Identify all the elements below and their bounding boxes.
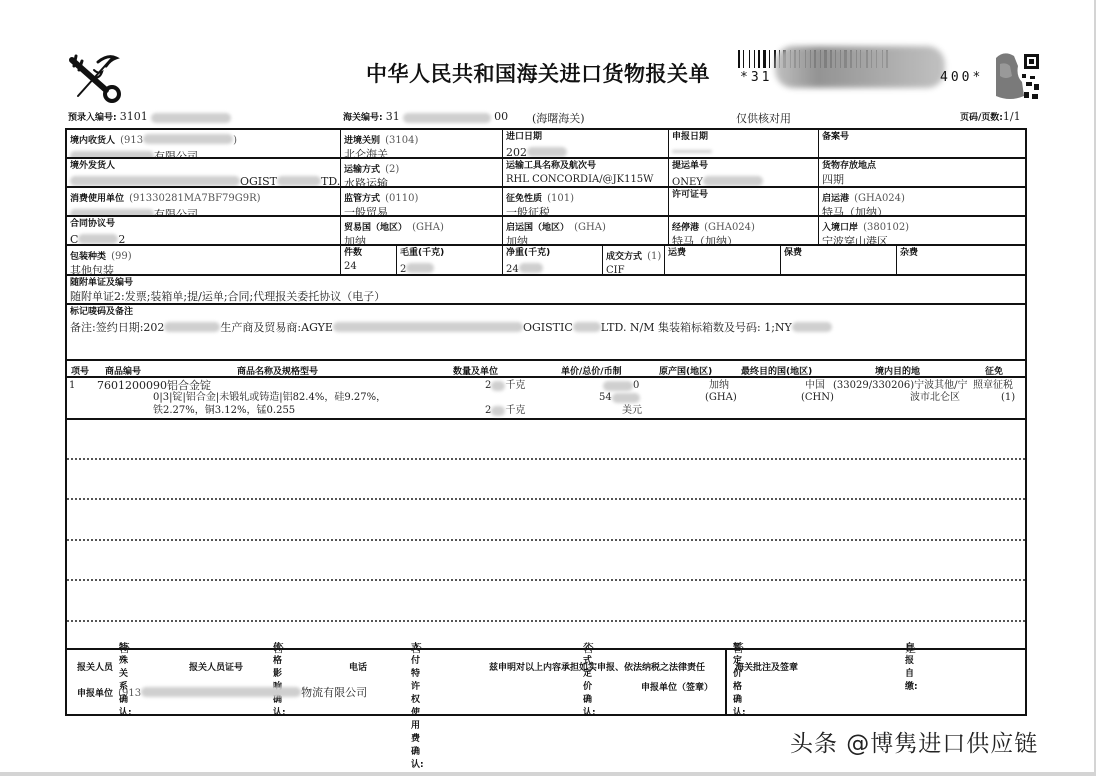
form-row-6: 随附单证及编号 随附单证2:发票;装箱单;提/运单;合同;代理报关委托协议（电子… — [67, 276, 1025, 305]
form-row-1: 境内收货人 (913) 有限公司 进境关别 (3104) 北仑海关 进口日期 2… — [67, 130, 1025, 159]
col-quantity: 数量及单位 — [453, 364, 498, 377]
declaration-form: 境内收货人 (913) 有限公司 进境关别 (3104) 北仑海关 进口日期 2… — [65, 128, 1027, 716]
verify-note: 仅供核对用 — [736, 110, 791, 126]
transaction-terms-cell: 成交方式 (1) CIF — [603, 246, 665, 274]
redaction-blur — [775, 46, 945, 88]
entry-port-cell: 入境口岸 (380102) 宁波穿山港区 — [819, 217, 1025, 244]
customs-number: 海关编号: 31 00 — [343, 110, 508, 123]
trade-country-cell: 贸易国（地区） (GHA) 加纳 — [341, 217, 503, 244]
row-divider — [67, 579, 1025, 581]
row-divider — [67, 539, 1025, 541]
footer-section: 报关人员 报关人员证号 电话 兹申明对以上内容承担如实申报、依法纳税之法律责任 … — [67, 650, 1025, 714]
bill-of-lading-cell: 提运单号 ONEY — [669, 159, 819, 186]
footer-divider — [725, 650, 727, 714]
form-row-3: 消费使用单位 (91330281MA7BF79G9R) 有限公司 监管方式 (0… — [67, 188, 1025, 217]
entry-customs-cell: 进境关别 (3104) 北仑海关 — [341, 130, 503, 157]
form-row-4: 合同协议号 C2 贸易国（地区） (GHA) 加纳 启运国（地区） (GHA) … — [67, 217, 1025, 246]
transport-mode-cell: 运输方式 (2) 水路运输 — [341, 159, 503, 186]
phone-label: 电话 — [349, 660, 367, 673]
gross-weight-cell: 毛重(千克) 2 — [397, 246, 503, 274]
document-title: 中华人民共和国海关进口货物报关单 — [366, 58, 710, 88]
license-number-cell: 许可证号 — [669, 188, 819, 215]
misc-fee-cell: 杂费 — [897, 246, 1025, 274]
col-item-no: 项号 — [71, 364, 89, 377]
qr-code-icon — [994, 52, 1042, 102]
attached-docs-cell: 随附单证及编号 随附单证2:发票;装箱单;提/运单;合同;代理报关委托协议（电子… — [67, 276, 1025, 303]
col-name-spec: 商品名称及规格型号 — [237, 364, 318, 377]
form-row-2: 境外发货人 OGISTTD. 运输方式 (2) 水路运输 运输工具名称及航次号 … — [67, 159, 1025, 188]
barcode-text-end: 400* — [940, 70, 983, 85]
declaration-statement: 兹申明对以上内容承担如实申报、依法纳税之法律责任 — [489, 660, 705, 673]
declarant-seal-label: 申报单位（签章） — [641, 680, 713, 693]
marks-remarks-cell: 标记唛码及备注 备注:签约日期:202生产商及贸易商:AGYEOGISTICLT… — [67, 305, 1025, 359]
redaction-blur — [403, 113, 491, 123]
barcode-text-start: *31 — [740, 70, 772, 85]
record-number-cell: 备案号 — [819, 130, 1025, 157]
supervision-mode-cell: 监管方式 (0110) 一般贸易 — [341, 188, 503, 215]
freight-cell: 运费 — [665, 246, 781, 274]
col-hs-code: 商品编号 — [105, 364, 141, 377]
customs-office: (海曙海关) — [532, 110, 585, 126]
net-weight-cell: 净重(千克) 24 — [503, 246, 603, 274]
empty-goods-area — [67, 420, 1025, 622]
levy-nature-cell: 征免性质 (101) 一般征税 — [503, 188, 669, 215]
import-date-cell: 进口日期 202 — [503, 130, 669, 157]
watermark: 头条 @博隽进口供应链 — [790, 725, 1038, 758]
col-dest-country: 最终目的国(地区) — [741, 364, 812, 377]
consumer-unit-cell: 消费使用单位 (91330281MA7BF79G9R) 有限公司 — [67, 188, 341, 215]
redaction-blur — [151, 113, 231, 123]
broker-id-label: 报关人员证号 — [189, 660, 243, 673]
form-row-7: 标记唛码及备注 备注:签约日期:202生产商及贸易商:AGYEOGISTICLT… — [67, 305, 1025, 361]
col-price: 单价/总价/币制 — [561, 364, 622, 377]
declarant-unit: 申报单位 (913物流有限公司 — [77, 681, 367, 700]
vessel-cell: 运输工具名称及航次号 RHL CONCORDIA/@JK115W — [503, 159, 669, 186]
form-row-5: 包装种类 (99) 其他包装 件数 24 毛重(千克) 2 净重(千克) 24 … — [67, 246, 1025, 276]
contract-number-cell: 合同协议号 C2 — [67, 217, 341, 244]
goods-table-header: 项号 商品编号 商品名称及规格型号 数量及单位 单价/总价/币制 原产国(地区)… — [67, 361, 1025, 378]
departure-port-cell: 启运港 (GHA024) 特马（加纳） — [819, 188, 1025, 215]
col-origin: 原产国(地区) — [659, 364, 712, 377]
pieces-cell: 件数 24 — [341, 246, 397, 274]
row-divider — [67, 498, 1025, 500]
shipper-cell: 境外发货人 OGISTTD. — [67, 159, 341, 186]
customs-key-emblem-icon — [68, 52, 124, 104]
col-levy: 征免 — [985, 364, 1003, 377]
customs-approval-label: 海关批注及签章 — [735, 660, 798, 673]
package-type-cell: 包装种类 (99) 其他包装 — [67, 246, 341, 274]
consignee-cell: 境内收货人 (913) 有限公司 — [67, 130, 341, 157]
declare-date-cell: 申报日期 — [669, 130, 819, 157]
insurance-cell: 保费 — [781, 246, 897, 274]
pre-entry-number: 预录入编号: 3101 — [68, 110, 231, 123]
page-count: 页码/页数:1/1 — [960, 110, 1021, 123]
goods-row: 1 7601200090铝合金锭 0|3|锭|铝合金|未锻轧或铸造|铝82.4%… — [67, 378, 1025, 420]
broker-label: 报关人员 — [77, 660, 113, 673]
origin-country-cell: 启运国（地区） (GHA) 加纳 — [503, 217, 669, 244]
storage-location-cell: 货物存放地点 四期 — [819, 159, 1025, 186]
col-domestic-dest: 境内目的地 — [875, 364, 920, 377]
transit-port-cell: 经停港 (GHA024) 特马（加纳） — [669, 217, 819, 244]
confirmation-row: 特殊关系确认:否 价格影响确认:否 支付特许权使用费确认:否 公式定价确认:否 … — [67, 622, 1025, 650]
row-divider — [67, 458, 1025, 460]
